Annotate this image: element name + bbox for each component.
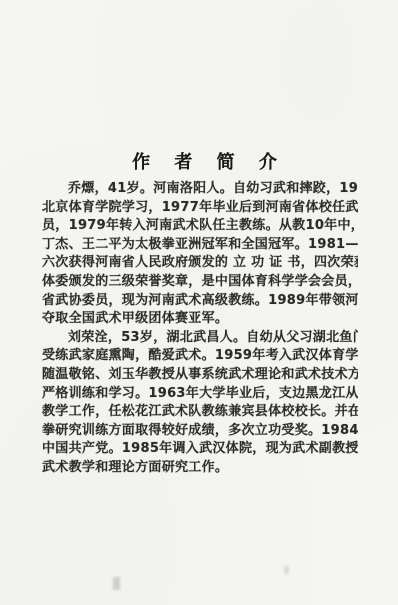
bio-line: 拳研究训练方面取得较好成绩，多次立功受奖。1984年加入 xyxy=(42,422,358,441)
page-title: 作 者 简 介 xyxy=(0,148,398,174)
bio-line: 北京体育学院学习，1977年毕业后到河南省体校任武术教练 xyxy=(42,199,358,218)
bio-line: 省武协委员，现为河南武术高级教练。1989年带领河南男队 xyxy=(42,292,358,311)
bio-line: 严格训练和学习。1963年大学毕业后，支边黑龙江从事武术 xyxy=(42,385,358,404)
bio-line: 乔熛，41岁。河南洛阳人。自幼习武和摔跤，1974年进 xyxy=(42,180,358,199)
book-page: 作 者 简 介 乔熛，41岁。河南洛阳人。自幼习武和摔跤，1974年进 北京体育… xyxy=(0,0,398,605)
bio-line: 员，1979年转入河南武术队任主教练。从教10年中，培养出 xyxy=(42,217,358,236)
bio-line: 教学工作，任松花江武术队教练兼宾县体校校长。并在太极 xyxy=(42,403,358,422)
bio-line: 受练武家庭熏陶，酷爱武术。1959年考入武汉体育学院，跟 xyxy=(42,347,358,366)
author-bio-text: 乔熛，41岁。河南洛阳人。自幼习武和摔跤，1974年进 北京体育学院学习，197… xyxy=(42,180,358,478)
bio-line: 体委颁发的三级荣誉奖章，是中国体育科学学会会员，河南 xyxy=(42,273,358,292)
bio-line: 夺取全国武术甲级团体赛亚军。 xyxy=(42,310,358,329)
bio-line: 随温敬铭、刘玉华教授从事系统武术理论和武术技术方面的 xyxy=(42,366,358,385)
scan-artifact xyxy=(113,577,120,590)
bio-line: 武术教学和理论方面研究工作。 xyxy=(42,459,358,478)
bio-line: 刘荣洤，53岁，湖北武昌人。自幼从父习湖北鱼门拳， xyxy=(42,329,358,348)
bio-line: 丁杰、王二平为太极拳亚洲冠军和全国冠军。1981—1988年 xyxy=(42,236,358,255)
bio-line: 中国共产党。1985年调入武汉体院，现为武术副教授，从事 xyxy=(42,440,358,459)
scan-artifact xyxy=(284,566,289,574)
bio-line: 六次获得河南省人民政府颁发的 立 功 证 书，四次荣获国家 xyxy=(42,254,358,273)
